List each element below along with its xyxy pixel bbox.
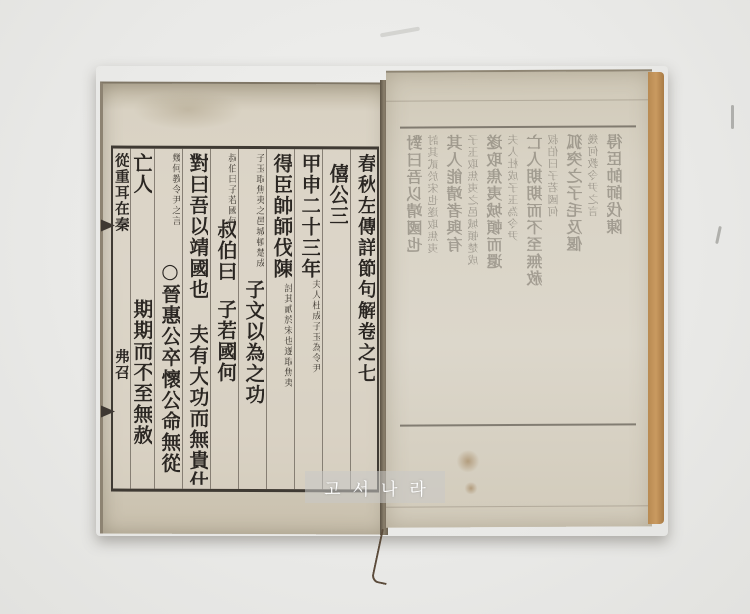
book-title-column: 春秋左傳詳節句解卷之七 bbox=[353, 153, 375, 485]
background-speck bbox=[731, 105, 734, 129]
column-rule bbox=[182, 149, 183, 489]
column-rule bbox=[210, 149, 211, 489]
column-rule bbox=[322, 149, 323, 489]
bleed-through-text-frame: 對曰吾以靖國也 討其貳於宋也遂取焦夷 其人能靖者與有 子玉取焦夷之邑城頓楚成 遂… bbox=[400, 125, 636, 426]
column-rule bbox=[238, 149, 239, 489]
bleed-through-column: 其人能靖者與有 bbox=[444, 134, 462, 418]
right-page: 對曰吾以靖國也 討其貳於宋也遂取焦夷 其人能靖者與有 子玉取焦夷之邑城頓楚成 遂… bbox=[386, 69, 652, 527]
printed-text-frame: 春秋左傳詳節句解卷之七 僖公三 甲申二十三年 夫人杜成子玉為令尹 得臣帥師伐陳 … bbox=[111, 146, 379, 493]
bleed-through-column: 狐突之子毛及偃 bbox=[564, 134, 582, 418]
watermark: 고서나라 bbox=[305, 471, 445, 503]
bleed-through-column: 夫人杜成子玉為令尹 bbox=[506, 134, 518, 418]
annotation-column: 叔伯曰子若國何 bbox=[225, 153, 236, 485]
foxing-spot bbox=[464, 482, 478, 494]
water-stain bbox=[133, 90, 243, 130]
text-column: 懷公命無從 bbox=[158, 369, 180, 485]
paper-crease bbox=[386, 99, 652, 101]
column-rule bbox=[154, 149, 155, 489]
book-cover-edge bbox=[648, 72, 664, 524]
bleed-through-column: 討其貳於宋也遂取焦夷 bbox=[426, 134, 438, 418]
left-page: 春秋左傳詳節句解卷之七 僖公三 甲申二十三年 夫人杜成子玉為令尹 得臣帥師伐陳 … bbox=[100, 82, 386, 535]
text-column: 夫有大功而無貴仕 bbox=[186, 324, 208, 485]
text-column: 期期而不至無赦 bbox=[130, 299, 152, 485]
bleed-through-column: 亡人期期而不至無赦 bbox=[524, 134, 542, 418]
bleed-through-column: 子玉取焦夷之邑城頓楚成 bbox=[466, 134, 478, 418]
bleed-through-column: 叔伯曰子若國何 bbox=[546, 134, 558, 418]
annotation-column: 討其貳於宋也遂取焦夷 bbox=[281, 283, 292, 485]
paper-crease bbox=[386, 505, 652, 507]
column-rule bbox=[266, 149, 267, 489]
background-speck bbox=[380, 27, 420, 38]
watermark-text: 고서나라 bbox=[312, 475, 438, 500]
bleed-through-column: 幾何教令尹之言 bbox=[586, 134, 598, 418]
bleed-through-column: 遂取焦夷城頓而還 bbox=[484, 134, 502, 418]
column-rule bbox=[294, 149, 295, 489]
photo-scene: 春秋左傳詳節句解卷之七 僖公三 甲申二十三年 夫人杜成子玉為令尹 得臣帥師伐陳 … bbox=[0, 0, 750, 614]
annotation-column: 夫人杜成子玉為令尹 bbox=[309, 279, 320, 485]
bleed-through-column: 得臣帥師伐陳 bbox=[604, 133, 622, 417]
background-speck bbox=[715, 226, 722, 244]
reign-heading: 僖公三 bbox=[326, 163, 348, 485]
column-rule bbox=[350, 149, 351, 489]
bleed-through-column: 對曰吾以靖國也 bbox=[404, 135, 422, 419]
annotation-column: 子玉取焦夷之邑城頓楚成 bbox=[253, 153, 264, 485]
foxing-spot bbox=[456, 450, 480, 472]
text-column: 弗召 bbox=[113, 349, 129, 485]
binding-thread bbox=[371, 529, 398, 585]
column-rule bbox=[130, 149, 131, 489]
